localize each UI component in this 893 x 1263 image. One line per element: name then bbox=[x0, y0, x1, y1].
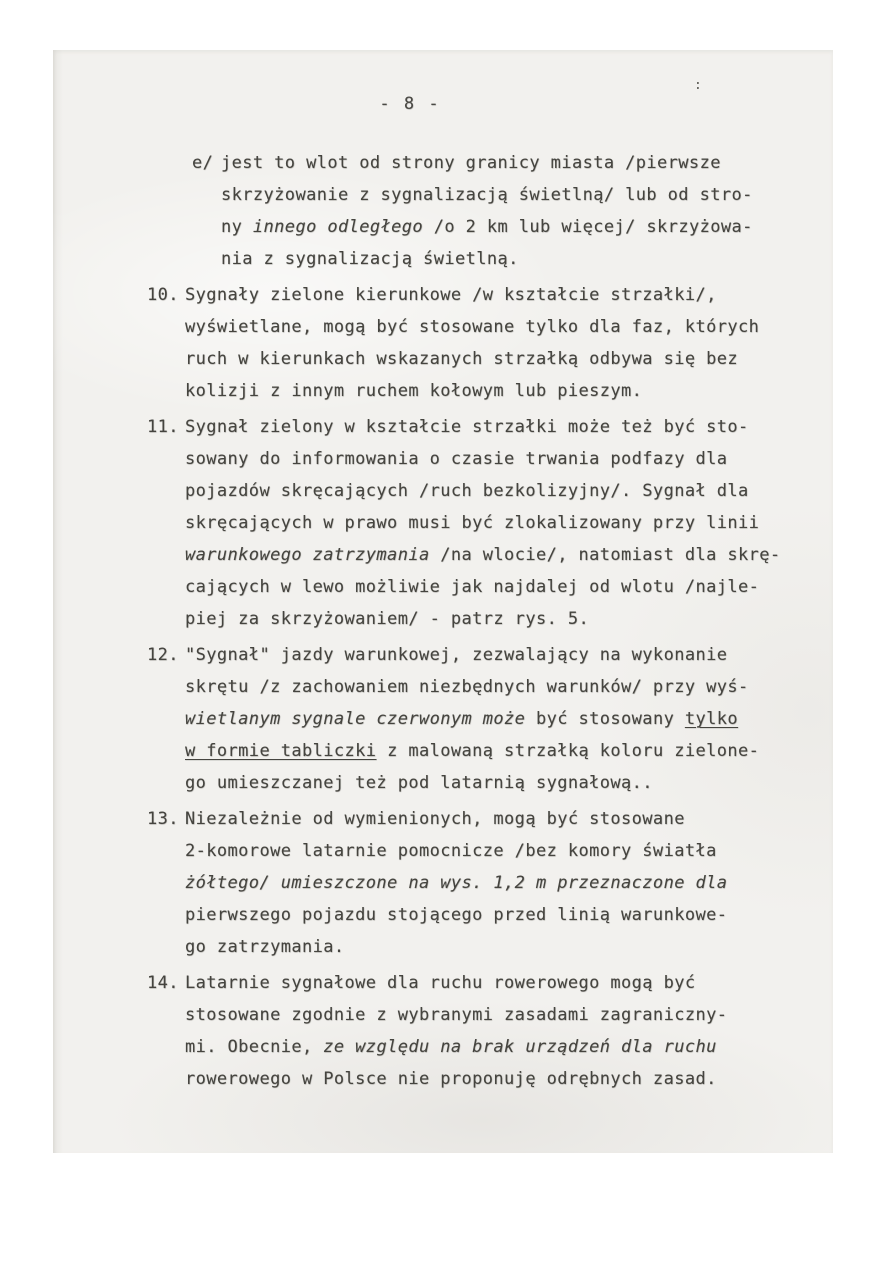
italic-text-segment: wietlanym sygnale czerwonym może bbox=[185, 709, 525, 729]
scanned-page: - 8 - : e/jest to wlot od strony granicy… bbox=[53, 50, 833, 1153]
paragraph-11: 11.Sygnał zielony w kształcie strzałki m… bbox=[147, 411, 807, 635]
text-segment: jest to wlot od strony granicy miasta /p… bbox=[221, 153, 721, 173]
text-line: rowerowego w Polsce nie proponuję odrębn… bbox=[185, 1063, 807, 1095]
paragraph-label: 13. bbox=[147, 803, 179, 835]
text-line: 2-komorowe latarnie pomocnicze /bez komo… bbox=[185, 835, 807, 867]
text-line: skrzyżowanie z sygnalizacją świetlną/ lu… bbox=[221, 179, 807, 211]
text-line: pierwszego pojazdu stojącego przed linią… bbox=[185, 899, 807, 931]
text-line: ruch w kierunkach wskazanych strzałką od… bbox=[185, 343, 807, 375]
text-segment: być stosowany bbox=[525, 709, 685, 729]
italic-text-segment: żółtego/ umieszczone na wys. 1,2 m przez… bbox=[185, 873, 727, 893]
text-line: Sygnał zielony w kształcie strzałki może… bbox=[185, 411, 807, 443]
italic-text-segment: ze względu na brak urządzeń dla ruchu bbox=[323, 1037, 717, 1057]
paragraph-14: 14.Latarnie sygnałowe dla ruchu rowerowe… bbox=[147, 967, 807, 1095]
text-line: żółtego/ umieszczone na wys. 1,2 m przez… bbox=[185, 867, 807, 899]
text-segment: Sygnały zielone kierunkowe /w kształcie … bbox=[185, 285, 717, 305]
text-segment: ruch w kierunkach wskazanych strzałką od… bbox=[185, 349, 738, 369]
corner-smudge-mark: : bbox=[694, 78, 702, 93]
text-line: mi. Obecnie, ze względu na brak urządzeń… bbox=[185, 1031, 807, 1063]
text-line: cających w lewo możliwie jak najdalej od… bbox=[185, 571, 807, 603]
text-segment: kolizji z innym ruchem kołowym lub piesz… bbox=[185, 381, 642, 401]
text-segment: Niezależnie od wymienionych, mogą być st… bbox=[185, 809, 685, 829]
paragraph-label: e/ bbox=[192, 147, 213, 179]
text-line: w formie tabliczki z malowaną strzałką k… bbox=[185, 735, 807, 767]
underlined-text-segment: tylko bbox=[685, 709, 738, 729]
page-number: - 8 - bbox=[350, 94, 470, 114]
text-line: stosowane zgodnie z wybranymi zasadami z… bbox=[185, 999, 807, 1031]
paragraph-label: 14. bbox=[147, 967, 179, 999]
text-segment: mi. Obecnie, bbox=[185, 1037, 323, 1057]
paragraph-label: 11. bbox=[147, 411, 179, 443]
text-segment: Sygnał zielony w kształcie strzałki może… bbox=[185, 417, 749, 437]
italic-text-segment: innego odległego bbox=[253, 217, 423, 237]
paragraph-label: 12. bbox=[147, 639, 179, 671]
underlined-text-segment: w formie tabliczki bbox=[185, 741, 376, 761]
text-segment: stosowane zgodnie z wybranymi zasadami z… bbox=[185, 1005, 727, 1025]
text-line: "Sygnał" jazdy warunkowej, zezwalający n… bbox=[185, 639, 807, 671]
paragraph-label: 10. bbox=[147, 279, 179, 311]
text-line: piej za skrzyżowaniem/ - patrz rys. 5. bbox=[185, 603, 807, 635]
paragraph-12: 12."Sygnał" jazdy warunkowej, zezwalając… bbox=[147, 639, 807, 799]
text-segment: pojazdów skręcających /ruch bezkolizyjny… bbox=[185, 481, 749, 501]
text-line: wietlanym sygnale czerwonym może być sto… bbox=[185, 703, 807, 735]
text-segment: z malowaną strzałką koloru zielone- bbox=[376, 741, 759, 761]
text-segment: nia z sygnalizacją świetlną. bbox=[221, 249, 519, 269]
paragraph-13: 13.Niezależnie od wymienionych, mogą być… bbox=[147, 803, 807, 963]
text-line: nia z sygnalizacją świetlną. bbox=[221, 243, 807, 275]
text-line: warunkowego zatrzymania /na wlocie/, nat… bbox=[185, 539, 807, 571]
text-segment: rowerowego w Polsce nie proponuję odrębn… bbox=[185, 1069, 717, 1089]
text-segment: sowany do informowania o czasie trwania … bbox=[185, 449, 727, 469]
text-line: sowany do informowania o czasie trwania … bbox=[185, 443, 807, 475]
text-line: Latarnie sygnałowe dla ruchu rowerowego … bbox=[185, 967, 807, 999]
text-line: skręcających w prawo musi być zlokalizow… bbox=[185, 507, 807, 539]
text-line: pojazdów skręcających /ruch bezkolizyjny… bbox=[185, 475, 807, 507]
text-segment: piej za skrzyżowaniem/ - patrz rys. 5. bbox=[185, 609, 589, 629]
text-segment: Latarnie sygnałowe dla ruchu rowerowego … bbox=[185, 973, 695, 993]
text-segment: 2-komorowe latarnie pomocnicze /bez komo… bbox=[185, 841, 717, 861]
text-line: kolizji z innym ruchem kołowym lub piesz… bbox=[185, 375, 807, 407]
typewritten-text-block: e/jest to wlot od strony granicy miasta … bbox=[147, 147, 807, 1099]
text-segment: skręcających w prawo musi być zlokalizow… bbox=[185, 513, 759, 533]
text-segment: /o 2 km lub więcej/ skrzyżowa- bbox=[423, 217, 753, 237]
paragraph-e: e/jest to wlot od strony granicy miasta … bbox=[192, 147, 807, 275]
text-line: ny innego odległego /o 2 km lub więcej/ … bbox=[221, 211, 807, 243]
text-line: skrętu /z zachowaniem niezbędnych warunk… bbox=[185, 671, 807, 703]
text-line: jest to wlot od strony granicy miasta /p… bbox=[221, 147, 807, 179]
text-segment: pierwszego pojazdu stojącego przed linią… bbox=[185, 905, 727, 925]
scanned-document-canvas: { "page": { "number_label": "- 8 -", "co… bbox=[0, 0, 893, 1263]
text-line: Sygnały zielone kierunkowe /w kształcie … bbox=[185, 279, 807, 311]
text-segment: ny bbox=[221, 217, 253, 237]
text-segment: skrętu /z zachowaniem niezbędnych warunk… bbox=[185, 677, 749, 697]
text-segment: wyświetlane, mogą być stosowane tylko dl… bbox=[185, 317, 759, 337]
text-segment: skrzyżowanie z sygnalizacją świetlną/ lu… bbox=[221, 185, 753, 205]
paragraph-10: 10.Sygnały zielone kierunkowe /w kształc… bbox=[147, 279, 807, 407]
text-line: go umieszczanej też pod latarnią sygnało… bbox=[185, 767, 807, 799]
text-segment: /na wlocie/, natomiast dla skrę- bbox=[430, 545, 781, 565]
text-segment: go umieszczanej też pod latarnią sygnało… bbox=[185, 773, 653, 793]
text-line: wyświetlane, mogą być stosowane tylko dl… bbox=[185, 311, 807, 343]
text-segment: cających w lewo możliwie jak najdalej od… bbox=[185, 577, 759, 597]
text-segment: go zatrzymania. bbox=[185, 937, 345, 957]
italic-text-segment: warunkowego zatrzymania bbox=[185, 545, 430, 565]
text-line: go zatrzymania. bbox=[185, 931, 807, 963]
text-segment: "Sygnał" jazdy warunkowej, zezwalający n… bbox=[185, 645, 727, 665]
text-line: Niezależnie od wymienionych, mogą być st… bbox=[185, 803, 807, 835]
